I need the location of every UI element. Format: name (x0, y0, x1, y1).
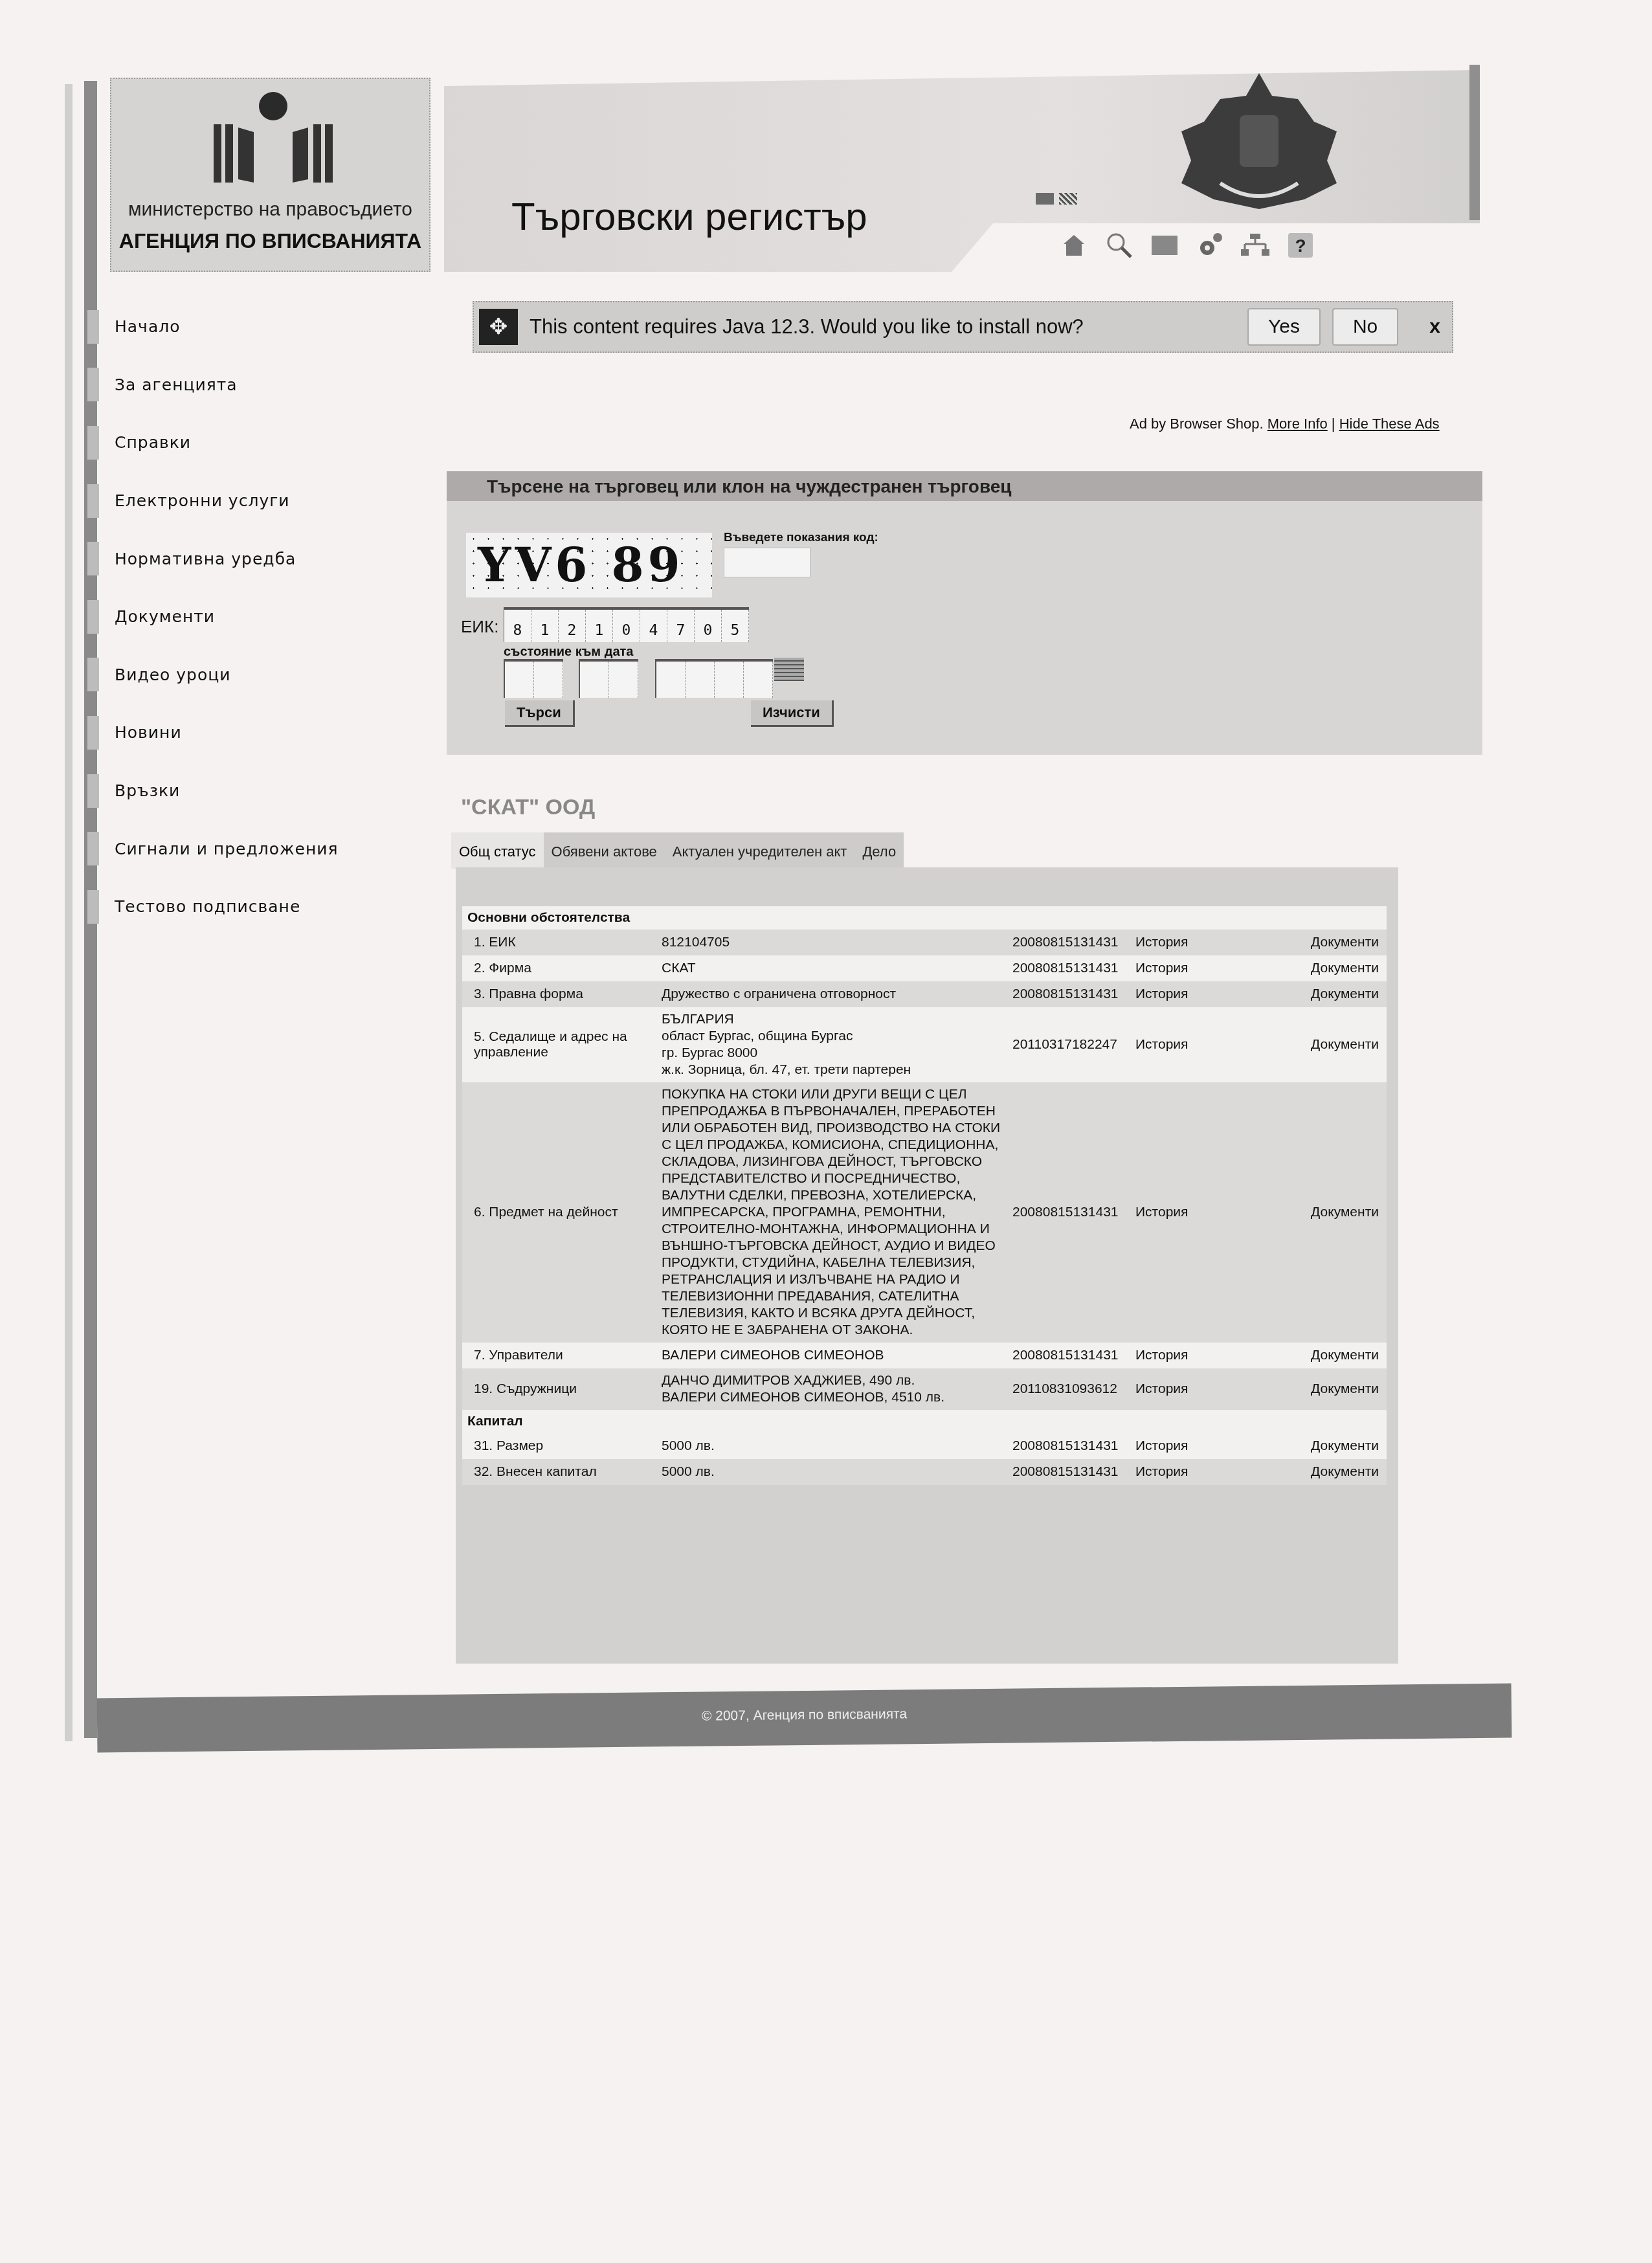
nav-marker (87, 484, 99, 518)
sitemap-icon[interactable] (1240, 230, 1271, 261)
date-label: състояние към дата (504, 645, 633, 660)
page-title: Търговски регистър (511, 194, 867, 239)
history-link[interactable]: История (1135, 1037, 1245, 1053)
sidebar-item-feedback[interactable]: Сигнали и предложения (87, 819, 398, 878)
field-value-line: Дружество с ограничена отговорност (662, 986, 1001, 1003)
tab-announced-acts[interactable]: Обявени актове (544, 832, 665, 869)
month-input[interactable] (579, 659, 638, 698)
sidebar-item-label: Справки (115, 433, 191, 452)
ad-separator: | (1332, 416, 1335, 432)
hide-ads-link[interactable]: Hide These Ads (1339, 416, 1440, 432)
nav-marker (87, 658, 99, 691)
documents-link[interactable]: Документи (1245, 987, 1387, 1002)
history-link[interactable]: История (1135, 1464, 1245, 1480)
field-value: 5000 лв. (656, 1460, 1006, 1484)
history-link[interactable]: История (1135, 961, 1245, 976)
field-value-line: гр. Бургас 8000 (662, 1045, 1001, 1062)
ad-notice: Ad by Browser Shop. More Info | Hide The… (1130, 416, 1440, 432)
sidebar-item-label: Връзки (115, 781, 180, 800)
search-icon[interactable] (1104, 230, 1135, 261)
help-icon[interactable]: ? (1285, 230, 1316, 261)
eik-digit: 0 (613, 610, 640, 642)
day-input[interactable] (504, 659, 563, 698)
settings-icon[interactable] (1194, 230, 1225, 261)
plugin-icon: ✥ (479, 309, 518, 345)
agency-emblem-icon (208, 92, 338, 189)
field-value-line: ВАЛЕРИ СИМЕОНОВ СИМЕОНОВ (662, 1347, 1001, 1364)
table-row: 32. Внесен капитал5000 лв.20080815131431… (462, 1459, 1387, 1485)
field-label: 19. Съдружници (462, 1376, 656, 1402)
entry-timestamp: 20080815131431 (1006, 987, 1135, 1002)
table-row: 3. Правна формаДружество с ограничена от… (462, 981, 1387, 1007)
entry-timestamp: 20080815131431 (1006, 1348, 1135, 1363)
field-label: 31. Размер (462, 1433, 656, 1459)
nav-marker (87, 716, 99, 750)
entry-timestamp: 20080815131431 (1006, 1438, 1135, 1454)
sidebar-item-links[interactable]: Връзки (87, 762, 398, 820)
sidebar-item-label: Документи (115, 607, 215, 626)
field-value-line: ж.к. Зорница, бл. 47, ет. трети партерен (662, 1062, 1001, 1078)
company-details-panel: Основни обстоятелства1. ЕИК8121047052008… (456, 867, 1398, 1664)
field-value: СКАТ (656, 956, 1006, 981)
eik-digit: 2 (559, 610, 586, 642)
nav-marker (87, 368, 99, 401)
section-heading: Капитал (462, 1410, 1387, 1433)
field-value: 812104705 (656, 930, 1006, 955)
sidebar-item-home[interactable]: Начало (87, 298, 398, 356)
field-value-line: ПОКУПКА НА СТОКИ ИЛИ ДРУГИ ВЕЩИ С ЦЕЛ ПР… (662, 1086, 1001, 1339)
entry-timestamp: 20110317182247 (1006, 1037, 1135, 1053)
table-row: 6. Предмет на дейностПОКУПКА НА СТОКИ ИЛ… (462, 1082, 1387, 1343)
java-no-button[interactable]: No (1332, 308, 1398, 346)
documents-link[interactable]: Документи (1245, 1464, 1387, 1480)
home-icon[interactable] (1058, 230, 1089, 261)
captcha-label: Въведете показания код: (724, 531, 878, 545)
eik-digit: 8 (504, 610, 531, 642)
field-label: 6. Предмет на дейност (462, 1199, 656, 1225)
footer: © 2007, Агенция по вписванията (97, 1684, 1512, 1753)
sidebar-item-news[interactable]: Новини (87, 704, 398, 762)
table-row: 1. ЕИК81210470520080815131431ИсторияДоку… (462, 930, 1387, 955)
search-panel-header: Търсене на търговец или клон на чуждестр… (447, 471, 1482, 501)
documents-link[interactable]: Документи (1245, 961, 1387, 976)
calendar-icon[interactable] (774, 658, 804, 681)
sidebar-item-video-lessons[interactable]: Видео уроци (87, 646, 398, 704)
close-icon[interactable]: x (1429, 316, 1440, 338)
documents-link[interactable]: Документи (1245, 1037, 1387, 1053)
entry-timestamp: 20080815131431 (1006, 1464, 1135, 1480)
field-value-line: област Бургас, община Бургас (662, 1028, 1001, 1045)
field-label: 5. Седалище и адрес на управление (462, 1024, 656, 1065)
sidebar-item-label: Нормативна уредба (115, 550, 296, 568)
history-link[interactable]: История (1135, 987, 1245, 1002)
sidebar-item-label: Тестово подписване (115, 897, 300, 916)
documents-link[interactable]: Документи (1245, 1381, 1387, 1397)
sidebar-item-label: Електронни услуги (115, 491, 290, 510)
agency-name: АГЕНЦИЯ ПО ВПИСВАНИЯТА (111, 229, 429, 253)
field-value-line: 5000 лв. (662, 1438, 1001, 1455)
banner-edge (1469, 65, 1480, 220)
sidebar-item-label: Новини (115, 723, 182, 742)
history-link[interactable]: История (1135, 1438, 1245, 1454)
section-heading: Основни обстоятелства (462, 906, 1387, 930)
documents-link[interactable]: Документи (1245, 935, 1387, 950)
sidebar-item-reports[interactable]: Справки (87, 414, 398, 472)
entry-timestamp: 20110831093612 (1006, 1381, 1135, 1397)
nav-marker (87, 310, 99, 344)
field-value-line: СКАТ (662, 960, 1001, 977)
field-label: 32. Внесен капитал (462, 1459, 656, 1485)
field-value-line: ДАНЧО ДИМИТРОВ ХАДЖИЕВ, 490 лв. (662, 1372, 1001, 1389)
language-switcher (1036, 193, 1080, 208)
field-value: БЪЛГАРИЯобласт Бургас, община Бургасгр. … (656, 1007, 1006, 1082)
tab-case[interactable]: Дело (854, 832, 904, 869)
ad-text: Ad by Browser Shop. (1130, 416, 1264, 432)
field-label: 7. Управители (462, 1343, 656, 1368)
nav-marker (87, 600, 99, 634)
field-value-line: 5000 лв. (662, 1464, 1001, 1480)
agency-logo[interactable]: министерство на правосъдието АГЕНЦИЯ ПО … (110, 78, 430, 272)
ministry-name: министерство на правосъдието (111, 199, 429, 221)
footer-copyright: © 2007, Агенция по вписванията (97, 1700, 1512, 1731)
documents-link[interactable]: Документи (1245, 1438, 1387, 1454)
mail-icon[interactable] (1149, 230, 1180, 261)
eik-digit: 0 (695, 610, 722, 642)
sidebar-nav: Начало За агенцията Справки Електронни у… (87, 298, 398, 936)
field-value: Дружество с ограничена отговорност (656, 982, 1006, 1007)
field-value: ДАНЧО ДИМИТРОВ ХАДЖИЕВ, 490 лв.ВАЛЕРИ СИ… (656, 1368, 1006, 1410)
table-row: 19. СъдружнициДАНЧО ДИМИТРОВ ХАДЖИЕВ, 49… (462, 1368, 1387, 1410)
eik-digit: 5 (722, 610, 749, 642)
eik-digit: 7 (667, 610, 695, 642)
documents-link[interactable]: Документи (1245, 1205, 1387, 1220)
entry-timestamp: 20080815131431 (1006, 1205, 1135, 1220)
sidebar-item-e-services[interactable]: Електронни услуги (87, 472, 398, 530)
sidebar-item-label: За агенцията (115, 375, 238, 394)
sidebar-item-test-signing[interactable]: Тестово подписване (87, 878, 398, 936)
table-row: 7. УправителиВАЛЕРИ СИМЕОНОВ СИМЕОНОВ200… (462, 1343, 1387, 1368)
search-button[interactable]: Търси (505, 700, 575, 727)
history-link[interactable]: История (1135, 1205, 1245, 1220)
entry-timestamp: 20080815131431 (1006, 935, 1135, 950)
eik-input[interactable]: 8 1 2 1 0 4 7 0 5 (504, 607, 749, 642)
en-flag-icon[interactable] (1059, 193, 1077, 205)
field-value-line: 812104705 (662, 934, 1001, 951)
year-input[interactable] (655, 659, 773, 698)
eik-label: ЕИК: (461, 617, 498, 637)
sidebar-item-about[interactable]: За агенцията (87, 356, 398, 414)
more-info-link[interactable]: More Info (1267, 416, 1328, 432)
java-yes-button[interactable]: Yes (1247, 308, 1321, 346)
field-label: 3. Правна форма (462, 981, 656, 1007)
nav-marker (87, 774, 99, 808)
eik-digit: 4 (640, 610, 667, 642)
coat-of-arms-icon (1175, 70, 1343, 212)
nav-marker (87, 890, 99, 924)
captcha-image: YV6 89 (466, 533, 712, 597)
sidebar-item-label: Сигнали и предложения (115, 840, 339, 858)
history-link[interactable]: История (1135, 1348, 1245, 1363)
nav-marker (87, 542, 99, 575)
history-link[interactable]: История (1135, 1381, 1245, 1397)
field-value-line: ВАЛЕРИ СИМЕОНОВ СИМЕОНОВ, 4510 лв. (662, 1389, 1001, 1406)
bg-flag-icon[interactable] (1036, 193, 1054, 205)
java-install-bar: ✥ This content requires Java 12.3. Would… (473, 301, 1453, 353)
svg-text:?: ? (1295, 236, 1306, 256)
table-row: 31. Размер5000 лв.20080815131431ИсторияД… (462, 1433, 1387, 1459)
field-label: 1. ЕИК (462, 930, 656, 955)
java-message: This content requires Java 12.3. Would y… (530, 315, 1247, 339)
eik-digit: 1 (531, 610, 559, 642)
table-row: 5. Седалище и адрес на управлениеБЪЛГАРИ… (462, 1007, 1387, 1082)
captcha-input[interactable] (724, 548, 810, 577)
sidebar-item-label: Начало (115, 317, 180, 336)
field-value: ВАЛЕРИ СИМЕОНОВ СИМЕОНОВ (656, 1343, 1006, 1368)
search-panel: Търсене на търговец или клон на чуждестр… (447, 471, 1482, 755)
table-row: 2. ФирмаСКАТ20080815131431ИсторияДокумен… (462, 955, 1387, 981)
search-title: Търсене на търговец или клон на чуждестр… (487, 476, 1012, 497)
sidebar-item-label: Видео уроци (115, 665, 231, 684)
company-name: "СКАТ" ООД (461, 795, 595, 820)
eik-digit: 1 (586, 610, 613, 642)
nav-marker (87, 426, 99, 460)
field-value-line: БЪЛГАРИЯ (662, 1011, 1001, 1028)
nav-marker (87, 832, 99, 865)
field-value: 5000 лв. (656, 1434, 1006, 1458)
field-value: ПОКУПКА НА СТОКИ ИЛИ ДРУГИ ВЕЩИ С ЦЕЛ ПР… (656, 1082, 1006, 1343)
header-toolbar: ? (1058, 230, 1316, 261)
left-border-bar (65, 84, 73, 1741)
tab-current-founding-act[interactable]: Актуален учредителен акт (665, 832, 855, 869)
documents-link[interactable]: Документи (1245, 1348, 1387, 1363)
company-tabs: Общ статус Обявени актове Актуален учред… (451, 832, 904, 869)
field-label: 2. Фирма (462, 955, 656, 981)
entry-timestamp: 20080815131431 (1006, 961, 1135, 976)
tab-general-status[interactable]: Общ статус (451, 832, 544, 869)
circumstances-table: Основни обстоятелства1. ЕИК8121047052008… (462, 906, 1387, 1485)
sidebar-item-documents[interactable]: Документи (87, 588, 398, 646)
clear-button[interactable]: Изчисти (751, 700, 834, 727)
history-link[interactable]: История (1135, 935, 1245, 950)
sidebar-item-legislation[interactable]: Нормативна уредба (87, 530, 398, 588)
